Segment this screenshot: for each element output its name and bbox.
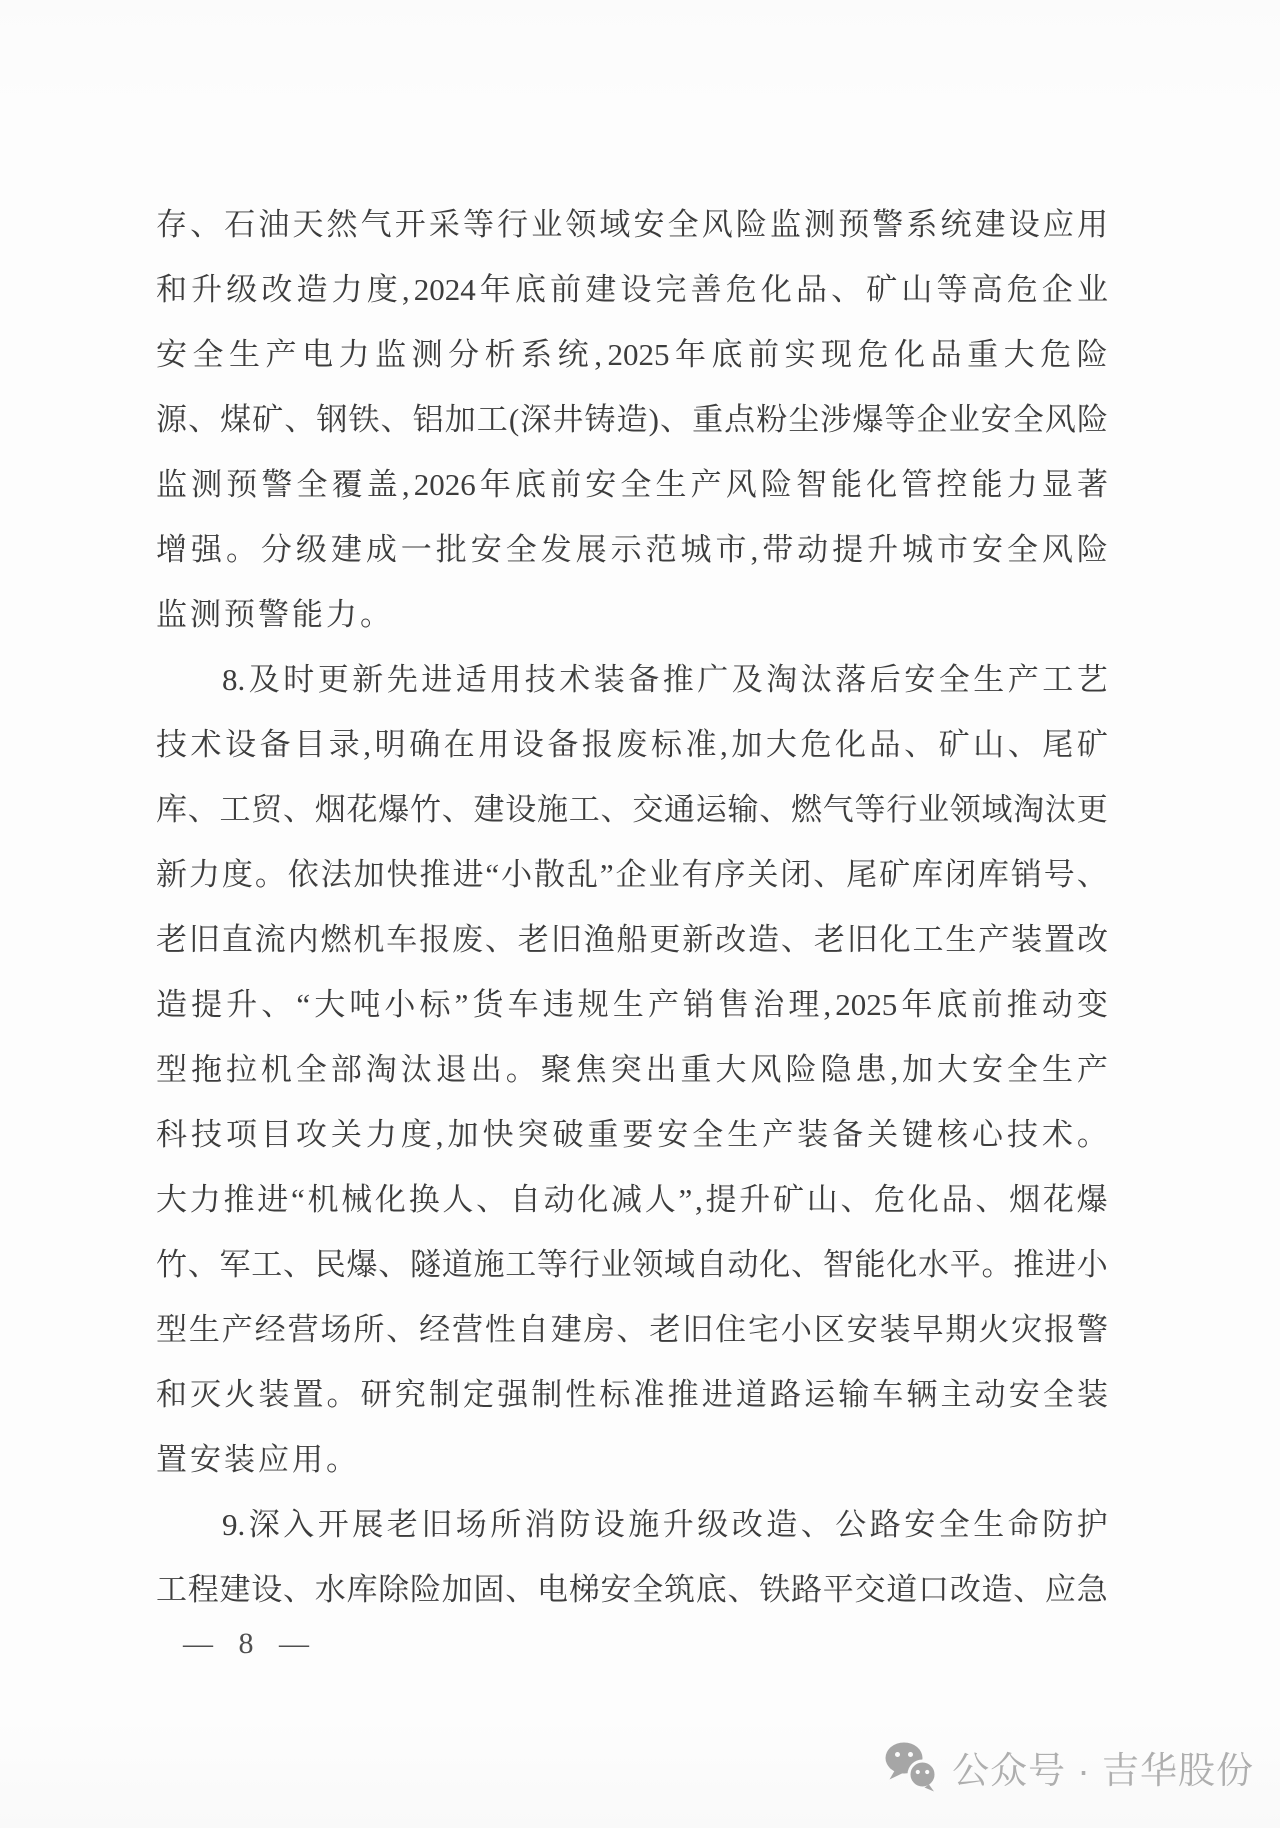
document-body: 存、石油天然气开采等行业领域安全风险监测预警系统建设应用 和升级改造力度,202… (156, 192, 1108, 1622)
text-line: 技术设备目录,明确在用设备报废标准,加大危化品、矿山、尾矿 (156, 712, 1108, 777)
text-line: 大力推进“机械化换人、自动化减人”,提升矿山、危化品、烟花爆 (156, 1167, 1108, 1232)
text-line: 置安装应用。 (156, 1427, 1108, 1492)
text-line-paragraph-8-start: 8.及时更新先进适用技术装备推广及淘汰落后安全生产工艺 (156, 647, 1108, 712)
text-line: 工程建设、水库除险加固、电梯安全筑底、铁路平交道口改造、应急 (156, 1557, 1108, 1622)
text-line-paragraph-9-start: 9.深入开展老旧场所消防设施升级改造、公路安全生命防护 (156, 1492, 1108, 1557)
text-line: 竹、军工、民爆、隧道施工等行业领域自动化、智能化水平。推进小 (156, 1232, 1108, 1297)
text-line: 和升级改造力度,2024年底前建设完善危化品、矿山等高危企业 (156, 257, 1108, 322)
text-line: 和灭火装置。研究制定强制性标准推进道路运输车辆主动安全装 (156, 1362, 1108, 1427)
text-line: 型拖拉机全部淘汰退出。聚焦突出重大风险隐患,加大安全生产 (156, 1037, 1108, 1102)
watermark: 公众号 · 吉华股份 (884, 1740, 1254, 1794)
text-line: 安全生产电力监测分析系统,2025年底前实现危化品重大危险 (156, 322, 1108, 387)
text-line: 存、石油天然气开采等行业领域安全风险监测预警系统建设应用 (156, 192, 1108, 257)
text-line: 老旧直流内燃机车报废、老旧渔船更新改造、老旧化工生产装置改 (156, 907, 1108, 972)
wechat-icon (884, 1741, 940, 1793)
text-line: 科技项目攻关力度,加快突破重要安全生产装备关键核心技术。 (156, 1102, 1108, 1167)
watermark-text: 公众号 · 吉华股份 (952, 1740, 1254, 1794)
text-line: 源、煤矿、钢铁、铝加工(深井铸造)、重点粉尘涉爆等企业安全风险 (156, 387, 1108, 452)
text-line: 监测预警全覆盖,2026年底前安全生产风险智能化管控能力显著 (156, 452, 1108, 517)
text-line: 库、工贸、烟花爆竹、建设施工、交通运输、燃气等行业领域淘汰更 (156, 777, 1108, 842)
text-line: 造提升、“大吨小标”货车违规生产销售治理,2025年底前推动变 (156, 972, 1108, 1037)
text-line: 监测预警能力。 (156, 582, 1108, 647)
page-number: — 8 — (183, 1627, 312, 1661)
text-line: 新力度。依法加快推进“小散乱”企业有序关闭、尾矿库闭库销号、 (156, 842, 1108, 907)
text-line: 型生产经营场所、经营性自建房、老旧住宅小区安装早期火灾报警 (156, 1297, 1108, 1362)
document-page: 存、石油天然气开采等行业领域安全风险监测预警系统建设应用 和升级改造力度,202… (0, 0, 1280, 1828)
text-line: 增强。分级建成一批安全发展示范城市,带动提升城市安全风险 (156, 517, 1108, 582)
